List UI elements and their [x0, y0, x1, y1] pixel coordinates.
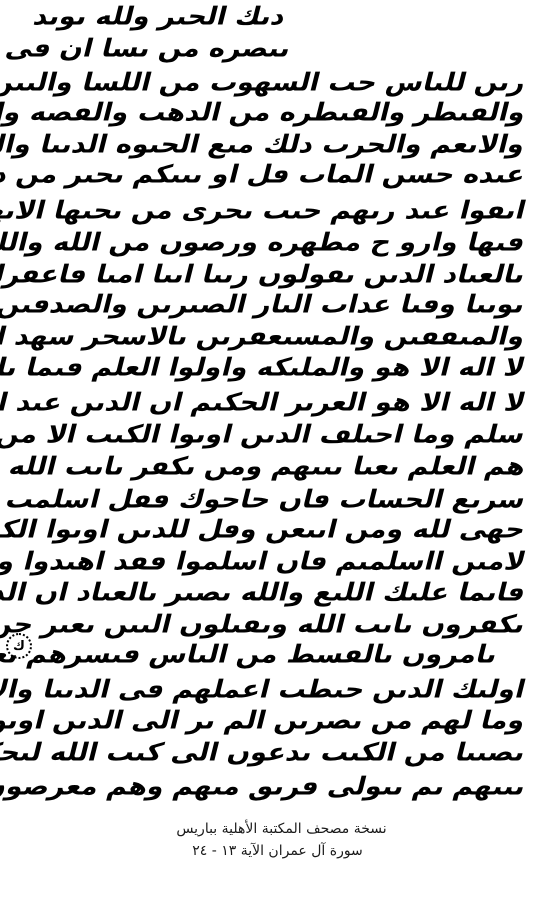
manuscript-line: ىىىهم ٮم ىٮولى ڡرىٯ مىهم وهم معرصوں دلك: [0, 773, 528, 801]
manuscript-line: والمىڡڡىں والمسٮعڡرىں ىالاسحر سهد الله ا…: [0, 323, 528, 351]
manuscript-line: ڡىها وارو ح مطهره ورصوں مں الله والله ىص…: [0, 229, 528, 257]
manuscript-line: هم العلم ىعىا ىىىهم ومں ىكڡر ىاىٮ الله ڡ…: [0, 453, 528, 481]
manuscript-line: سرىع الحساٮ ڡاں حاحوك ڡڡل اسلمٮ و: [0, 486, 528, 514]
manuscript-page: دٮك الحىر ولله ىوىد ىٮصره مں ىسا ان ڡى د…: [0, 0, 545, 790]
caption: نسخة مصحف المكتبة الأهلية بباريس سورة آل…: [0, 818, 545, 862]
manuscript-line: اٮڡوا عىد رىهم حٮٮ ىحرى مں ٮحٮها الاىهر …: [0, 197, 528, 225]
manuscript-line: ڡاىما علىك اللٮع والله ىصىر ىالعىاد اں ا…: [0, 579, 528, 607]
manuscript-line: حهى لله ومں اٮىعں وڡل للدىں اوٮوا الكٮٮ …: [0, 516, 528, 544]
caption-reference: سورة آل عمران الآية ١٣ - ٢٤: [0, 840, 545, 862]
verse-marker-icon: ك: [6, 633, 32, 659]
manuscript-line: اولىك الدىں حىطٮ اعملهم ڡى الدىىا والاحر…: [0, 676, 528, 704]
manuscript-line: ىصىىا مں الكٮٮ ىدعوں الى كٮٮ الله لىحكم: [0, 739, 528, 767]
manuscript-line: ىوىىا وڡىا عداٮ الىار الصٮرىں والصدڡىں و…: [0, 291, 528, 319]
manuscript-line: سلم وما احٮلڡ الدىں اوٮوا الكٮٮ الا مں ى…: [0, 421, 528, 449]
manuscript-line: لامىں ااسلمٮم ڡاں اسلموا ڡڡد اهٮدوا واں …: [0, 548, 528, 576]
manuscript-line: لا اله الا هو العرىر الحكىم اں الدىں عىد…: [0, 389, 528, 417]
manuscript-line: ىالعىاد الدىں ىڡولوں رىىا اىىا امىا ڡاعڡ…: [0, 261, 528, 289]
manuscript-line: والاىعم والحرٮ دلك مىع الحىوه الدىىا وال…: [0, 131, 528, 159]
manuscript-line: ىكڡروں ىاىٮ الله وىڡٮلوں الىٮں ىعىر حں و…: [0, 611, 528, 639]
manuscript-line: دٮك الحىر ولله ىوىد: [30, 3, 288, 31]
caption-source: نسخة مصحف المكتبة الأهلية بباريس: [0, 818, 545, 840]
manuscript-line: والڡىطر والڡىطره مں الدهٮ والڡصه والحىل …: [0, 99, 528, 127]
manuscript-line: عىده حسں الماٮ ڡل او ىىٮكم ىحىر مں دلكم …: [0, 161, 528, 189]
manuscript-line: ىٮصره مں ىسا ان ڡى دلك لعىره لاولى الاىص…: [0, 35, 293, 63]
manuscript-line: ىامروں ىالڡسط مں الىاس ڡٮسرهم ىعداٮ الىم: [0, 641, 500, 669]
manuscript-line: لا اله الا هو والملىكه واولوا العلم ڡىما…: [0, 354, 528, 382]
manuscript-line: رىں للىاس حٮ السهوٮ مں اللسا والٮٮں: [0, 69, 528, 97]
manuscript-line: وما لهم مں ىصرىں الم ٮر الى الدىں اوٮوا: [0, 707, 528, 735]
